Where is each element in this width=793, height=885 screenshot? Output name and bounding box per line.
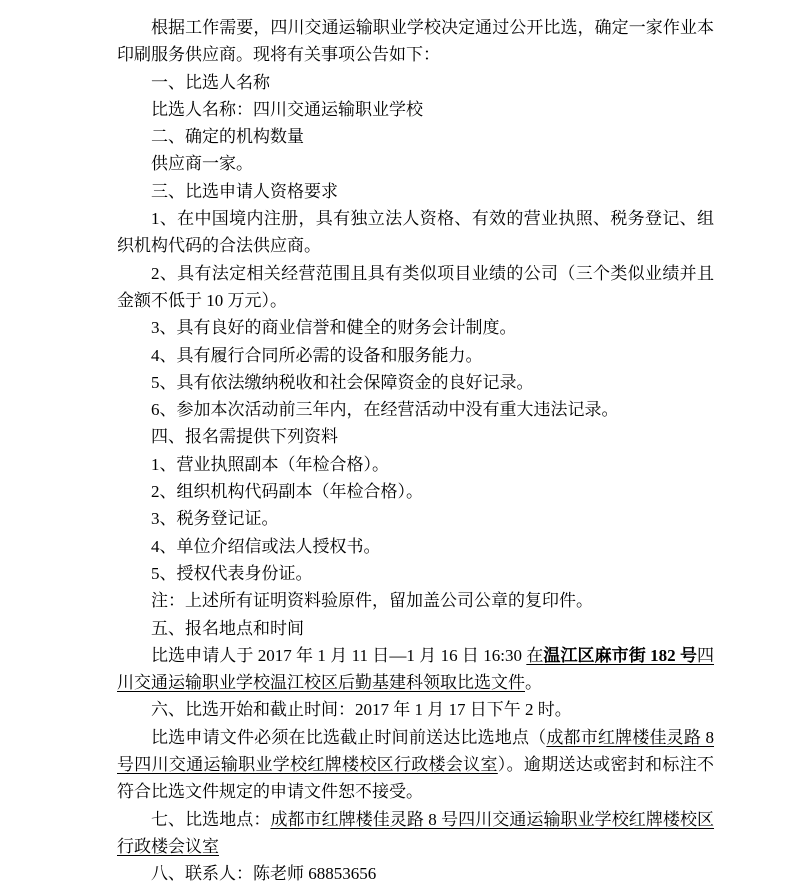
paragraph: 注：上述所有证明资料验原件，留加盖公司公章的复印件。: [117, 587, 714, 614]
text-run: 比选申请人于 2017 年 1 月 11 日—1 月 16 日 16:30: [151, 646, 526, 665]
paragraph: 3、具有良好的商业信誉和健全的财务会计制度。: [117, 314, 714, 341]
paragraph: 八、联系人：陈老师 68853656: [117, 860, 714, 885]
paragraph: 六、比选开始和截止时间：2017 年 1 月 17 日下午 2 时。: [117, 696, 714, 723]
paragraph: 1、营业执照副本（年检合格）。: [117, 451, 714, 478]
text-run: 在: [526, 646, 543, 665]
text-run: 6、参加本次活动前三年内，在经营活动中没有重大违法记录。: [151, 400, 619, 419]
text-run: 六、比选开始和截止时间：2017 年 1 月 17 日下午 2 时。: [151, 700, 572, 719]
paragraph: 供应商一家。: [117, 150, 714, 177]
text-run: 七、比选地点：: [151, 810, 270, 829]
text-run: 5、具有依法缴纳税收和社会保障资金的良好记录。: [151, 373, 534, 392]
text-run: 比选人名称：四川交通运输职业学校: [151, 100, 423, 119]
text-run: 2、组织机构代码副本（年检合格）。: [151, 482, 423, 501]
paragraph: 比选申请文件必须在比选截止时间前送达比选地点（成都市红牌楼佳灵路 8 号四川交通…: [117, 724, 714, 806]
paragraph: 4、单位介绍信或法人授权书。: [117, 533, 714, 560]
paragraph: 6、参加本次活动前三年内，在经营活动中没有重大违法记录。: [117, 396, 714, 423]
paragraph: 2、具有法定相关经营范围且具有类似项目业绩的公司（三个类似业绩并且金额不低于 1…: [117, 260, 714, 315]
paragraph: 五、报名地点和时间: [117, 615, 714, 642]
text-run: 一、比选人名称: [151, 73, 270, 92]
paragraph: 5、授权代表身份证。: [117, 560, 714, 587]
text-run: 比选申请文件必须在比选截止时间前送达比选地点（: [151, 728, 546, 747]
paragraph: 3、税务登记证。: [117, 505, 714, 532]
paragraph: 二、确定的机构数量: [117, 123, 714, 150]
text-run: 温江区麻市街 182 号: [543, 646, 697, 665]
text-run: 1、营业执照副本（年检合格）。: [151, 455, 389, 474]
paragraph: 1、在中国境内注册，具有独立法人资格、有效的营业执照、税务登记、组织机构代码的合…: [117, 205, 714, 260]
text-run: 八、联系人：陈老师 68853656: [151, 864, 376, 883]
text-run: 5、授权代表身份证。: [151, 564, 313, 583]
paragraph: 比选申请人于 2017 年 1 月 11 日—1 月 16 日 16:30 在温…: [117, 642, 714, 697]
paragraph: 根据工作需要，四川交通运输职业学校决定通过公开比选，确定一家作业本印刷服务供应商…: [117, 14, 714, 69]
text-run: 4、具有履行合同所必需的设备和服务能力。: [151, 346, 483, 365]
text-run: 1、在中国境内注册，具有独立法人资格、有效的营业执照、税务登记、组织机构代码的合…: [117, 209, 714, 255]
paragraph: 比选人名称：四川交通运输职业学校: [117, 96, 714, 123]
paragraph: 一、比选人名称: [117, 69, 714, 96]
paragraph: 2、组织机构代码副本（年检合格）。: [117, 478, 714, 505]
text-run: 。: [525, 673, 542, 692]
text-run: 4、单位介绍信或法人授权书。: [151, 537, 381, 556]
text-run: 四、报名需提供下列资料: [151, 427, 338, 446]
text-run: 供应商一家。: [151, 154, 253, 173]
text-run: 注：上述所有证明资料验原件，留加盖公司公章的复印件。: [151, 591, 593, 610]
text-run: 五、报名地点和时间: [151, 619, 304, 638]
paragraph: 七、比选地点：成都市红牌楼佳灵路 8 号四川交通运输职业学校红牌楼校区行政楼会议…: [117, 806, 714, 861]
text-run: 3、税务登记证。: [151, 509, 279, 528]
document-page: 根据工作需要，四川交通运输职业学校决定通过公开比选，确定一家作业本印刷服务供应商…: [0, 0, 793, 885]
paragraph: 4、具有履行合同所必需的设备和服务能力。: [117, 342, 714, 369]
text-run: 根据工作需要，四川交通运输职业学校决定通过公开比选，确定一家作业本印刷服务供应商…: [117, 18, 714, 64]
document-body: 根据工作需要，四川交通运输职业学校决定通过公开比选，确定一家作业本印刷服务供应商…: [117, 14, 714, 885]
paragraph: 三、比选申请人资格要求: [117, 178, 714, 205]
text-run: 2、具有法定相关经营范围且具有类似项目业绩的公司（三个类似业绩并且金额不低于 1…: [117, 264, 714, 310]
text-run: 二、确定的机构数量: [151, 127, 304, 146]
paragraph: 四、报名需提供下列资料: [117, 423, 714, 450]
text-run: 三、比选申请人资格要求: [151, 182, 338, 201]
paragraph: 5、具有依法缴纳税收和社会保障资金的良好记录。: [117, 369, 714, 396]
text-run: 3、具有良好的商业信誉和健全的财务会计制度。: [151, 318, 517, 337]
